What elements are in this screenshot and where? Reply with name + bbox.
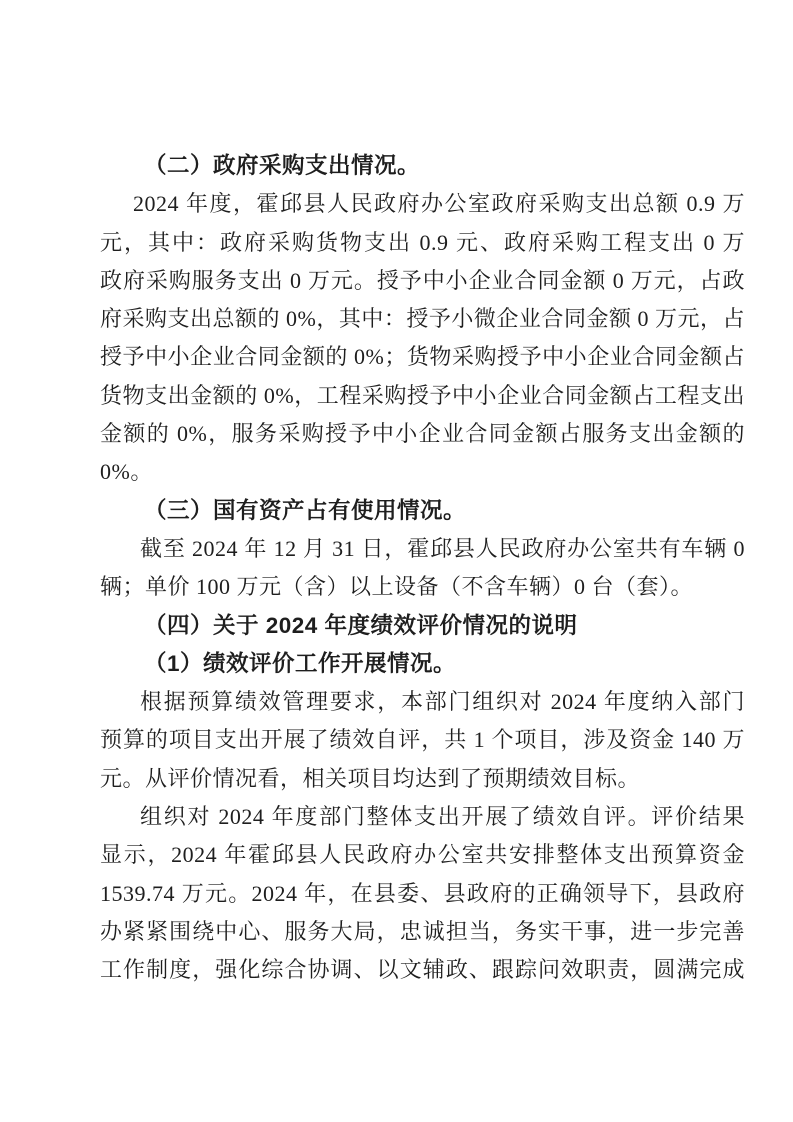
text-line: 预算的项目支出开展了绩效自评，共 1 个项目，涉及资金 140 万 [100,721,745,759]
document-page: （二）政府采购支出情况。 2024 年度，霍邱县人民政府办公室政府采购支出总额 … [0,0,793,1122]
text-line: 0%。 [100,453,745,491]
text-line: 1539.74 万元。2024 年，在县委、县政府的正确领导下，县政府 [100,875,745,913]
text-line: 府采购支出总额的 0%，其中：授予小微企业合同金额 0 万元，占 [100,300,745,338]
section-heading-performance-evaluation: （四）关于 2024 年度绩效评价情况的说明 [100,607,745,645]
text-line: 货物支出金额的 0%，工程采购授予中小企业合同金额占工程支出 [100,377,745,415]
text-line: 显示，2024 年霍邱县人民政府办公室共安排整体支出预算资金 [100,836,745,874]
subsection-heading-evaluation-work: （1）绩效评价工作开展情况。 [100,645,745,683]
text-line: 元，其中：政府采购货物支出 0.9 元、政府采购工程支出 0 万元、 [100,224,745,262]
text-line: 政府采购服务支出 0 万元。授予中小企业合同金额 0 万元，占政 [100,262,745,300]
text-line: 截至 2024 年 12 月 31 日，霍邱县人民政府办公室共有车辆 0 [100,530,745,568]
text-line: 根据预算绩效管理要求，本部门组织对 2024 年度纳入部门 [100,683,745,721]
text-line: 元。从评价情况看，相关项目均达到了预期绩效目标。 [100,760,745,798]
section-heading-procurement: （二）政府采购支出情况。 [100,147,745,185]
text-line: 授予中小企业合同金额的 0%；货物采购授予中小企业合同金额占 [100,338,745,376]
text-line: 辆；单价 100 万元（含）以上设备（不含车辆）0 台（套）。 [100,568,745,606]
document-body: （二）政府采购支出情况。 2024 年度，霍邱县人民政府办公室政府采购支出总额 … [100,147,745,990]
text-line: 组织对 2024 年度部门整体支出开展了绩效自评。评价结果 [100,798,745,836]
text-line: 金额的 0%，服务采购授予中小企业合同金额占服务支出金额的 [100,415,745,453]
section-heading-state-assets: （三）国有资产占有使用情况。 [100,492,745,530]
text-line: 2024 年度，霍邱县人民政府办公室政府采购支出总额 0.9 万 [100,185,745,223]
text-line: 工作制度，强化综合协调、以文辅政、跟踪问效职责，圆满完成 [100,951,745,989]
text-line: 办紧紧围绕中心、服务大局，忠诚担当，务实干事，进一步完善 [100,913,745,951]
